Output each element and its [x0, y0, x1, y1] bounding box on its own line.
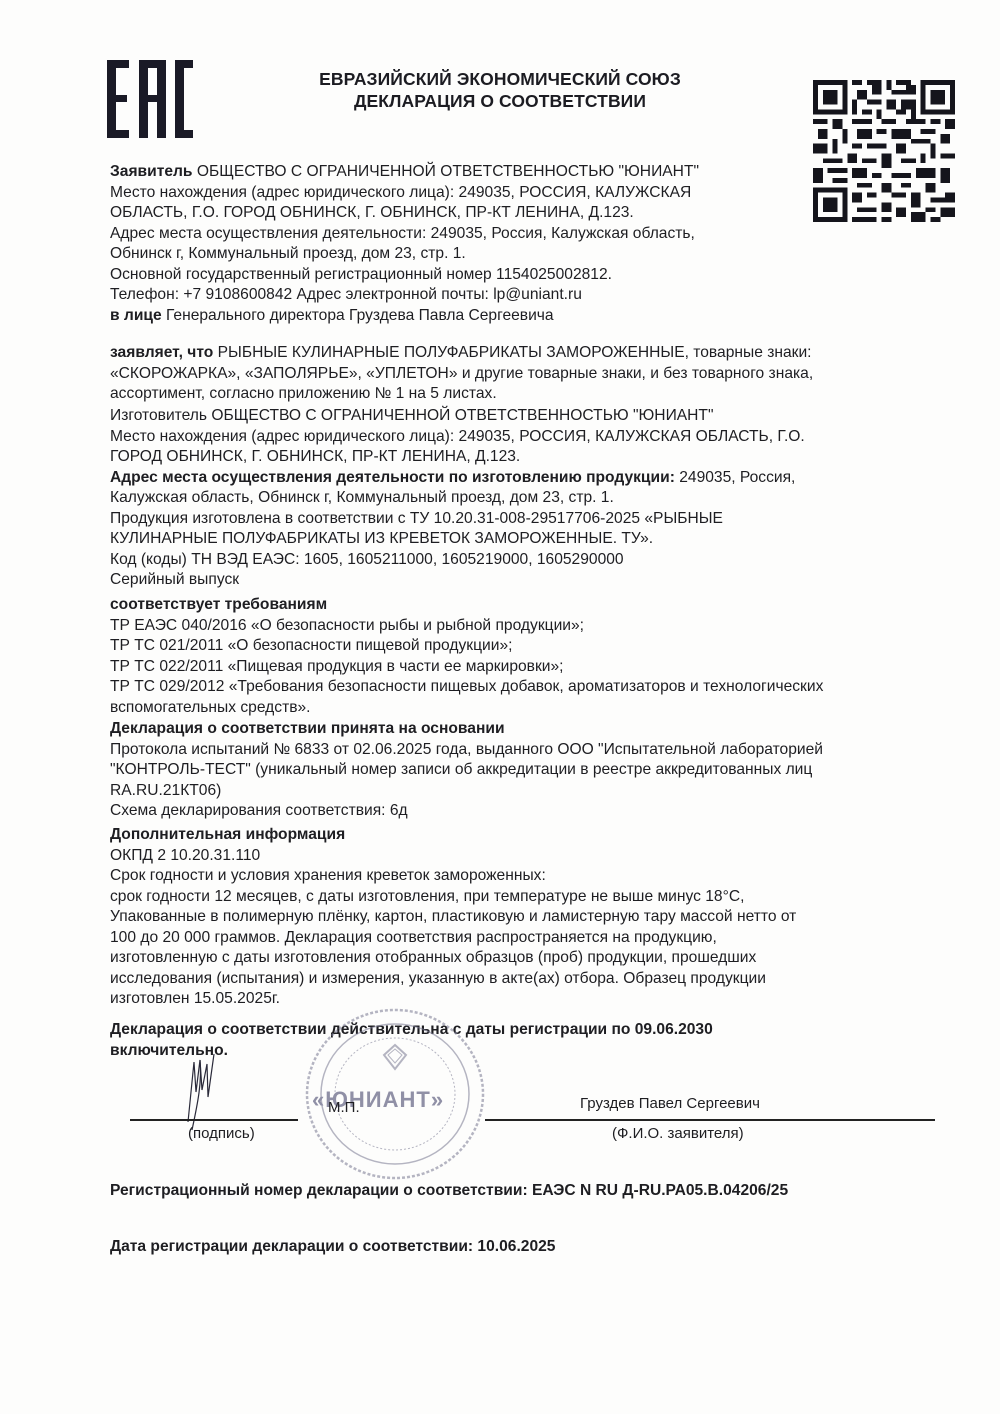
representative-name: Генерального директора Груздева Павла Се…	[162, 307, 554, 324]
basis-title: Декларация о соответствии принята на осн…	[110, 719, 823, 740]
production-address-label: Адрес места осуществления деятельности п…	[110, 469, 675, 486]
additional-info-section: Дополнительная информация ОКПД 2 10.20.3…	[110, 825, 796, 1010]
additional-info-line: Срок годности и условия хранения кревето…	[110, 866, 796, 887]
name-line	[485, 1119, 935, 1121]
signature-caption: (подпись)	[188, 1125, 255, 1142]
release-type: Серийный выпуск	[110, 570, 805, 591]
declaration-page: ЕВРАЗИЙСКИЙ ЭКОНОМИЧЕСКИЙ СОЮЗ ДЕКЛАРАЦИ…	[0, 0, 1000, 1414]
applicant-line: Место нахождения (адрес юридического лиц…	[110, 183, 699, 204]
signature-line	[130, 1119, 298, 1121]
declares-line: ассортимент, согласно приложению № 1 на …	[110, 384, 813, 405]
declaration-scheme: Схема декларирования соответствия: 6д	[110, 801, 823, 822]
product-name: РЫБНЫЕ КУЛИНАРНЫЕ ПОЛУФАБРИКАТЫ ЗАМОРОЖЕ…	[213, 344, 811, 361]
declares-line: «СКОРОЖАРКА», «ЗАПОЛЯРЬЕ», «УПЛЕТОН» и д…	[110, 364, 813, 385]
registration-date: Дата регистрации декларации о соответств…	[110, 1237, 555, 1258]
applicant-contacts: Телефон: +7 9108600842 Адрес электронной…	[110, 285, 699, 306]
manufacturer-line: ГОРОД ОБНИНСК, Г. ОБНИНСК, ПР-КТ ЛЕНИНА,…	[110, 447, 805, 468]
document-title: ДЕКЛАРАЦИЯ О СООТВЕТСТВИИ	[250, 90, 750, 112]
basis-line: RA.RU.21КТ06)	[110, 781, 823, 802]
additional-info-line: ОКПД 2 10.20.31.110	[110, 846, 796, 867]
tn-ved-codes: Код (коды) ТН ВЭД ЕАЭС: 1605, 1605211000…	[110, 550, 805, 571]
declares-label: заявляет, что	[110, 344, 213, 361]
requirements-title: соответствует требованиям	[110, 595, 823, 616]
eac-logo-icon	[107, 60, 193, 138]
document-header: ЕВРАЗИЙСКИЙ ЭКОНОМИЧЕСКИЙ СОЮЗ ДЕКЛАРАЦИ…	[250, 68, 750, 112]
additional-info-line: 100 до 20 000 граммов. Декларация соотве…	[110, 928, 796, 949]
manufacturer-line: Изготовитель ОБЩЕСТВО С ОГРАНИЧЕННОЙ ОТВ…	[110, 406, 805, 427]
additional-info-line: срок годности 12 месяцев, с даты изготов…	[110, 887, 796, 908]
basis-line: "КОНТРОЛЬ-ТЕСТ" (уникальный номер записи…	[110, 760, 823, 781]
registration-number: Регистрационный номер декларации о соотв…	[110, 1181, 788, 1202]
applicant-section: Заявитель ОБЩЕСТВО С ОГРАНИЧЕННОЙ ОТВЕТС…	[110, 162, 699, 326]
representative-label: в лице	[110, 307, 162, 324]
name-caption: (Ф.И.О. заявителя)	[612, 1125, 744, 1142]
stamp-place-mark: М.П.	[328, 1099, 360, 1116]
requirement-item: ТР ТС 022/2011 «Пищевая продукция в част…	[110, 657, 823, 678]
additional-info-line: изготовленную с даты изготовления отобра…	[110, 948, 796, 969]
signer-name: Груздев Павел Сергеевич	[580, 1095, 760, 1112]
applicant-name: ОБЩЕСТВО С ОГРАНИЧЕННОЙ ОТВЕТСТВЕННОСТЬЮ…	[193, 163, 699, 180]
qr-code-icon	[813, 80, 955, 222]
applicant-line: ОБЛАСТЬ, Г.О. ГОРОД ОБНИНСК, Г. ОБНИНСК,…	[110, 203, 699, 224]
manufacturer-section: Изготовитель ОБЩЕСТВО С ОГРАНИЧЕННОЙ ОТВ…	[110, 406, 805, 591]
declares-section: заявляет, что РЫБНЫЕ КУЛИНАРНЫЕ ПОЛУФАБР…	[110, 343, 813, 405]
additional-info-title: Дополнительная информация	[110, 825, 796, 846]
manufacturer-line: КУЛИНАРНЫЕ ПОЛУФАБРИКАТЫ ИЗ КРЕВЕТОК ЗАМ…	[110, 529, 805, 550]
requirement-item: ТР ТС 029/2012 «Требования безопасности …	[110, 677, 823, 698]
manufacturer-line: Калужская область, Обнинск г, Коммунальн…	[110, 488, 805, 509]
applicant-line: Обнинск г, Коммунальный проезд, дом 23, …	[110, 244, 699, 265]
union-title: ЕВРАЗИЙСКИЙ ЭКОНОМИЧЕСКИЙ СОЮЗ	[250, 68, 750, 90]
applicant-line: Основной государственный регистрационный…	[110, 265, 699, 286]
manufacturer-line: Продукция изготовлена в соответствии с Т…	[110, 509, 805, 530]
additional-info-line: Упакованные в полимерную плёнку, картон,…	[110, 907, 796, 928]
additional-info-line: исследования (испытания) и измерения, ук…	[110, 969, 796, 990]
basis-section: Декларация о соответствии принята на осн…	[110, 719, 823, 822]
requirement-item: вспомогательных средств».	[110, 698, 823, 719]
applicant-label: Заявитель	[110, 163, 193, 180]
applicant-line: Адрес места осуществления деятельности: …	[110, 224, 699, 245]
production-address: 249035, Россия,	[675, 469, 796, 486]
requirement-item: ТР ЕАЭС 040/2016 «О безопасности рыбы и …	[110, 616, 823, 637]
requirement-item: ТР ТС 021/2011 «О безопасности пищевой п…	[110, 636, 823, 657]
basis-line: Протокола испытаний № 6833 от 02.06.2025…	[110, 740, 823, 761]
manufacturer-line: Место нахождения (адрес юридического лиц…	[110, 427, 805, 448]
requirements-section: соответствует требованиям ТР ЕАЭС 040/20…	[110, 595, 823, 718]
